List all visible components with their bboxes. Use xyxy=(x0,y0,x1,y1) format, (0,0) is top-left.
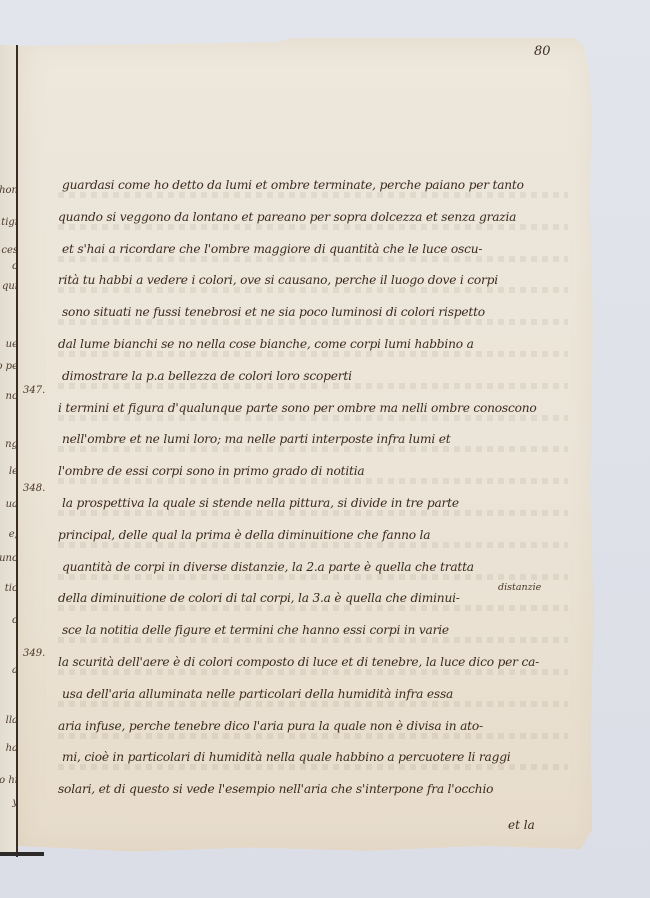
catchword: et la xyxy=(508,818,535,832)
text-line: solari, et di questo si vede l'esempio n… xyxy=(58,774,588,806)
text-line: mi, cioè in particolari di humidità nell… xyxy=(58,742,588,774)
facing-page-fragment: no xyxy=(0,391,17,402)
text-line: sce la notitia delle figure et termini c… xyxy=(58,615,588,647)
margin-line-number: 348. xyxy=(23,483,45,494)
text-line: i termini et figura d'qualunque parte so… xyxy=(58,393,588,425)
facing-page-fragment: o xyxy=(0,261,17,272)
text-line: la scurità dell'aere è di colori compost… xyxy=(58,647,588,679)
binding-foot xyxy=(0,852,44,856)
folio-number: 80 xyxy=(534,44,551,59)
facing-page-fragment: ue xyxy=(0,339,17,350)
facing-page-fragment: tio xyxy=(0,583,17,594)
margin-line-number: 349. xyxy=(23,648,45,659)
text-line: l'ombre de essi corpi sono in primo grad… xyxy=(58,456,588,488)
text-line: la prospettiva la quale si stende nella … xyxy=(58,488,588,520)
text-line: sono situati ne fussi tenebrosi et ne si… xyxy=(58,297,588,329)
facing-page-fragment: o hi xyxy=(0,775,17,786)
facing-page-fragment: lla xyxy=(0,715,17,726)
facing-page-fragment: ha xyxy=(0,743,17,754)
facing-page-fragment: uno xyxy=(0,553,17,564)
text-line: nell'ombre et ne lumi loro; ma nelle par… xyxy=(58,424,588,456)
facing-page-fragment: e; xyxy=(0,529,17,540)
text-line: et s'hai a ricordare che l'ombre maggior… xyxy=(58,234,588,266)
text-line: principal, delle qual la prima è della d… xyxy=(58,520,588,552)
facing-page-fragment: ua xyxy=(0,499,17,510)
text-line: quando si veggono da lontano et pareano … xyxy=(58,202,588,234)
facing-page-fragment: tigi xyxy=(0,217,17,228)
facing-page-fragment: hon xyxy=(0,185,17,196)
text-line: aria infuse, perche tenebre dico l'aria … xyxy=(58,711,588,743)
text-line: dimostrare la p.a bellezza de colori lor… xyxy=(58,361,588,393)
facing-page-fragment: o pe xyxy=(0,361,17,372)
facing-page-fragment: ng xyxy=(0,439,17,450)
facing-page-fragment: qui xyxy=(0,281,17,292)
text-line: usa dell'aria alluminata nelle particola… xyxy=(58,679,588,711)
binding-gutter xyxy=(16,45,18,857)
text-line: rità tu habbi a vedere i colori, ove si … xyxy=(58,265,588,297)
text-line: guardasi come ho detto da lumi et ombre … xyxy=(58,170,588,202)
facing-page-fragment: a xyxy=(0,665,17,676)
manuscript-text: guardasi come ho detto da lumi et ombre … xyxy=(58,170,588,806)
facing-page-fragment: o xyxy=(0,615,17,626)
text-line: quantità de corpi in diverse distanzie, … xyxy=(58,552,588,584)
interlinear-insertion: distanzie xyxy=(498,582,541,593)
facing-page-fragment: y xyxy=(0,797,17,808)
margin-line-number: 347. xyxy=(23,385,45,396)
facing-page-fragment: ces xyxy=(0,245,17,256)
facing-page-fragment: le xyxy=(0,466,17,477)
facing-page-edge: hon tigi ces o qui ue o pe no ng le ua e… xyxy=(0,45,17,855)
text-line: dal lume bianchi se no nella cose bianch… xyxy=(58,329,588,361)
